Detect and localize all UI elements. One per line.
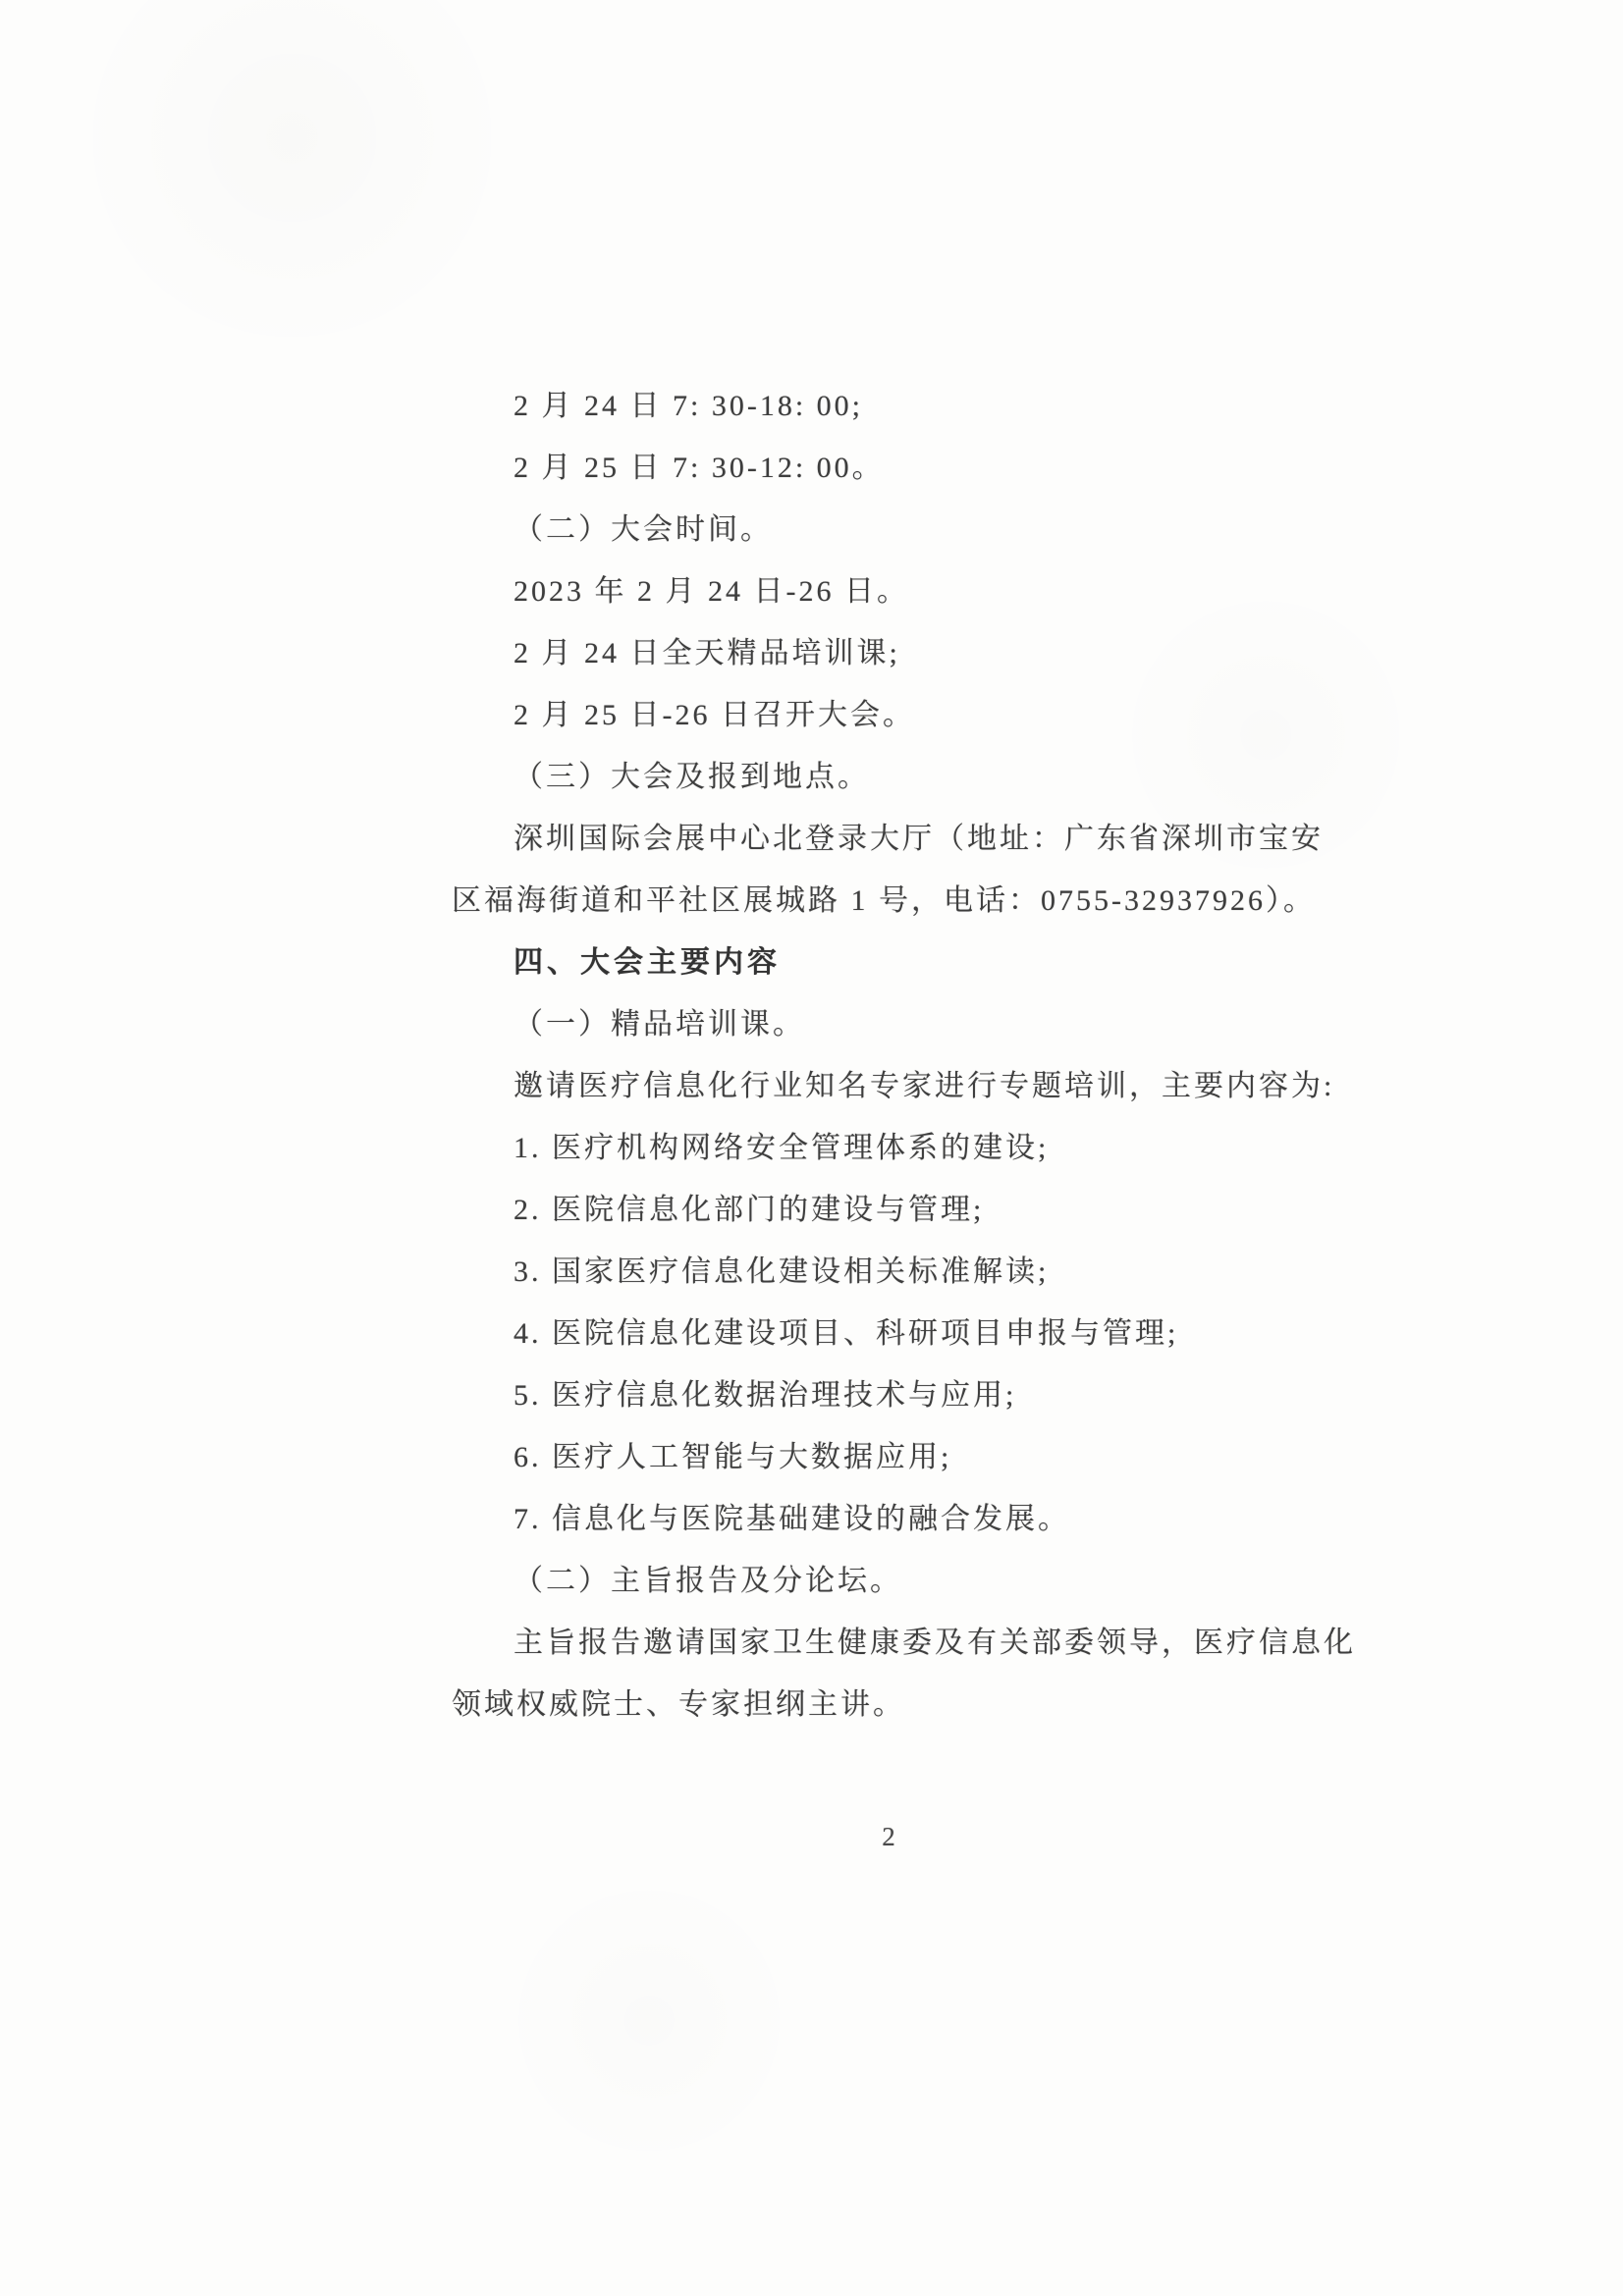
text-line-training-intro: 邀请医疗信息化行业知名专家进行专题培训，主要内容为: bbox=[452, 1055, 1345, 1117]
scanned-document-page: 2 月 24 日 7: 30-18: 00; 2 月 25 日 7: 30-12… bbox=[0, 0, 1623, 2296]
text-line-schedule-feb24-training: 2 月 24 日全天精品培训课; bbox=[452, 622, 1345, 684]
page-footer: 2 bbox=[0, 1822, 1623, 1852]
text-line-training-topic-6: 6. 医疗人工智能与大数据应用; bbox=[452, 1426, 1345, 1488]
text-line-venue-address-2: 区福海街道和平社区展城路 1 号，电话：0755-32937926）。 bbox=[452, 870, 1345, 932]
text-line-training-topic-5: 5. 医疗信息化数据治理技术与应用; bbox=[452, 1364, 1345, 1426]
text-line-venue-address-1: 深圳国际会展中心北登录大厅（地址：广东省深圳市宝安 bbox=[452, 808, 1345, 870]
text-line-training-topic-7: 7. 信息化与医院基础建设的融合发展。 bbox=[452, 1488, 1345, 1550]
text-line-keynote-intro-1: 主旨报告邀请国家卫生健康委及有关部委领导，医疗信息化 bbox=[452, 1612, 1345, 1674]
text-line-schedule-feb25-26: 2 月 25 日-26 日召开大会。 bbox=[452, 684, 1345, 746]
text-line-training-topic-3: 3. 国家医疗信息化建设相关标准解读; bbox=[452, 1241, 1345, 1303]
text-line-conference-dates: 2023 年 2 月 24 日-26 日。 bbox=[452, 561, 1345, 622]
page-number: 2 bbox=[882, 1822, 895, 1851]
text-line-subsection-conference-time: （二）大会时间。 bbox=[452, 499, 1345, 561]
text-line-registration-time-feb24: 2 月 24 日 7: 30-18: 00; bbox=[452, 375, 1345, 437]
text-line-registration-time-feb25: 2 月 25 日 7: 30-12: 00。 bbox=[452, 437, 1345, 499]
text-line-training-topic-2: 2. 医院信息化部门的建设与管理; bbox=[452, 1179, 1345, 1241]
text-line-subsection-venue: （三）大会及报到地点。 bbox=[452, 746, 1345, 808]
section-heading-main-content: 四、大会主要内容 bbox=[452, 932, 1345, 993]
text-line-training-topic-1: 1. 医疗机构网络安全管理体系的建设; bbox=[452, 1117, 1345, 1179]
text-line-training-topic-4: 4. 医院信息化建设项目、科研项目申报与管理; bbox=[452, 1303, 1345, 1364]
text-line-keynote-intro-2: 领域权威院士、专家担纲主讲。 bbox=[452, 1674, 1345, 1735]
text-line-subsection-keynote: （二）主旨报告及分论坛。 bbox=[452, 1550, 1345, 1612]
text-line-subsection-training: （一）精品培训课。 bbox=[452, 993, 1345, 1055]
document-body: 2 月 24 日 7: 30-18: 00; 2 月 25 日 7: 30-12… bbox=[452, 375, 1345, 1735]
